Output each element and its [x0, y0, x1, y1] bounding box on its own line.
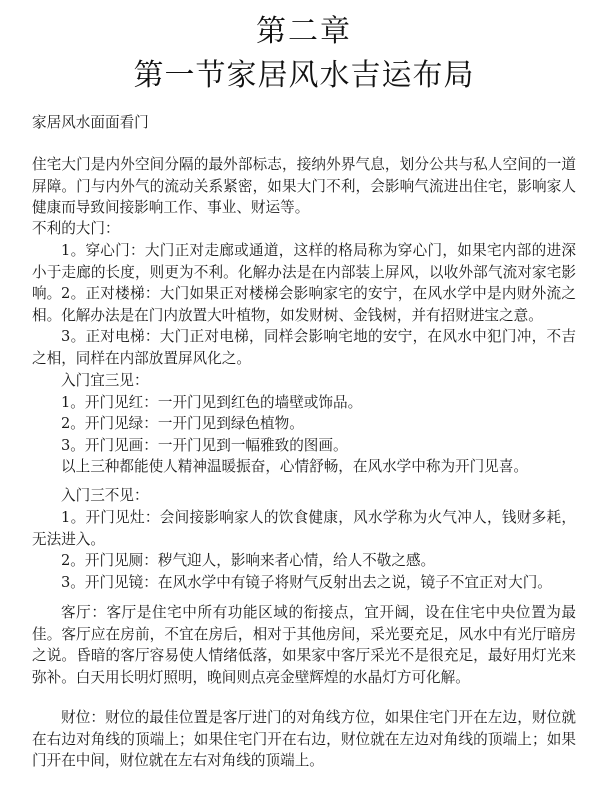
three-not-sees-heading: 入门三不见： [32, 485, 576, 507]
three-sees-summary: 以上三种都能使人精神温暖振奋，心情舒畅，在风水学中称为开门见喜。 [32, 456, 576, 478]
three-not-sees-item-3: 3。开门见镜：在风水学中有镜子将财气反射出去之说，镜子不宜正对大门。 [32, 572, 576, 594]
chapter-title: 第二章 [32, 12, 576, 52]
unfavorable-item-2: 2。正对楼梯：大门如果正对楼梯会影响家宅的安宁，在风水学中是内财外流之相。化解办… [32, 283, 576, 326]
wealth-position-paragraph: 财位：财位的最佳位置是客厅进门的对角线方位，如果住宅门开在左边，财位就在右边对角… [32, 707, 576, 772]
three-not-sees-item-1: 1。开门见灶：会间接影响家人的饮食健康，风水学称为火气冲人，钱财多耗，无法进入。 [32, 507, 576, 550]
three-sees-heading: 入门宜三见： [32, 370, 576, 392]
three-sees-item-2: 2。开门见绿：一开门见到绿色植物。 [32, 413, 576, 435]
unfavorable-heading: 不利的大门： [32, 218, 576, 240]
three-not-sees-item-2: 2。开门见厕：秽气迎人，影响来者心情，给人不敬之感。 [32, 550, 576, 572]
intro-paragraph: 住宅大门是内外空间分隔的最外部标志，接纳外界气息，划分公共与私人空间的一道屏障。… [32, 154, 576, 219]
three-sees-item-1: 1。开门见红：一开门见到红色的墙壁或饰品。 [32, 392, 576, 414]
unfavorable-item-3: 3。正对电梯：大门正对电梯，同样会影响宅地的安宁，在风水中犯门冲，不吉之相，同样… [32, 326, 576, 369]
three-sees-item-3: 3。开门见画：一开门见到一幅雅致的图画。 [32, 435, 576, 457]
living-room-paragraph: 客厅：客厅是住宅中所有功能区域的衔接点，宜开阔，设在住宅中央位置为最佳。客厅应在… [32, 602, 576, 688]
section-title: 第一节家居风水吉运布局 [32, 56, 576, 96]
subheading: 家居风水面面看门 [32, 112, 576, 134]
